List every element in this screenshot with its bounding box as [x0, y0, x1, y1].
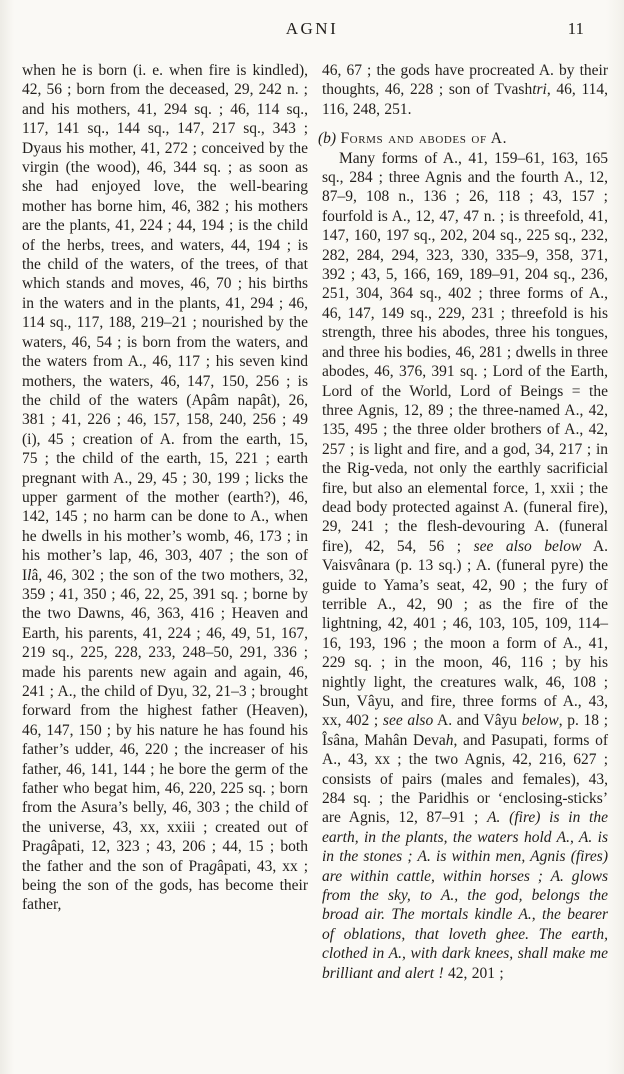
page-header: AGNI 11 [0, 0, 624, 47]
text-run: Many forms of A., 41, 159–61, 163, 165 s… [322, 150, 608, 555]
italic-run: A. (fire) is in the earth, in the plants… [322, 809, 608, 981]
italic-run: g [209, 858, 217, 875]
italic-run: below [522, 712, 559, 729]
italic-run: see also below [474, 538, 582, 555]
text-run: â, 46, 302 ; the son of the two mothers,… [22, 567, 308, 856]
index-paragraph: Many forms of A., 41, 159–61, 163, 165 s… [322, 149, 608, 983]
italic-run: tri [532, 81, 547, 98]
text-run: when he is born (i. e. when fire is kind… [22, 62, 308, 584]
italic-run: (b) [318, 130, 340, 147]
smallcaps-run: Forms and abodes of A. [340, 130, 507, 147]
running-title: AGNI [0, 19, 624, 39]
section-heading: (b) Forms and abodes of A. [318, 129, 608, 148]
text-run: , and Pa [453, 732, 506, 749]
column-left: when he is born (i. e. when fire is kind… [22, 61, 308, 983]
text-run: 42, 201 ; [444, 965, 504, 982]
text-columns: when he is born (i. e. when fire is kind… [0, 47, 624, 983]
page-number: 11 [568, 19, 584, 39]
column-right: 46, 67 ; the gods have procreated A. by … [322, 61, 608, 983]
text-run: A. and Vâyu [433, 712, 522, 729]
index-paragraph: 46, 67 ; the gods have procreated A. by … [322, 61, 608, 119]
page: AGNI 11 when he is born (i. e. when fire… [0, 0, 624, 1074]
index-paragraph: when he is born (i. e. when fire is kind… [22, 61, 308, 915]
italic-run: see also [383, 712, 433, 729]
text-run: vânara (p. 13 sq.) ; A. (funeral pyre) t… [322, 557, 608, 729]
text-run: âna, Mahân Deva [333, 732, 446, 749]
